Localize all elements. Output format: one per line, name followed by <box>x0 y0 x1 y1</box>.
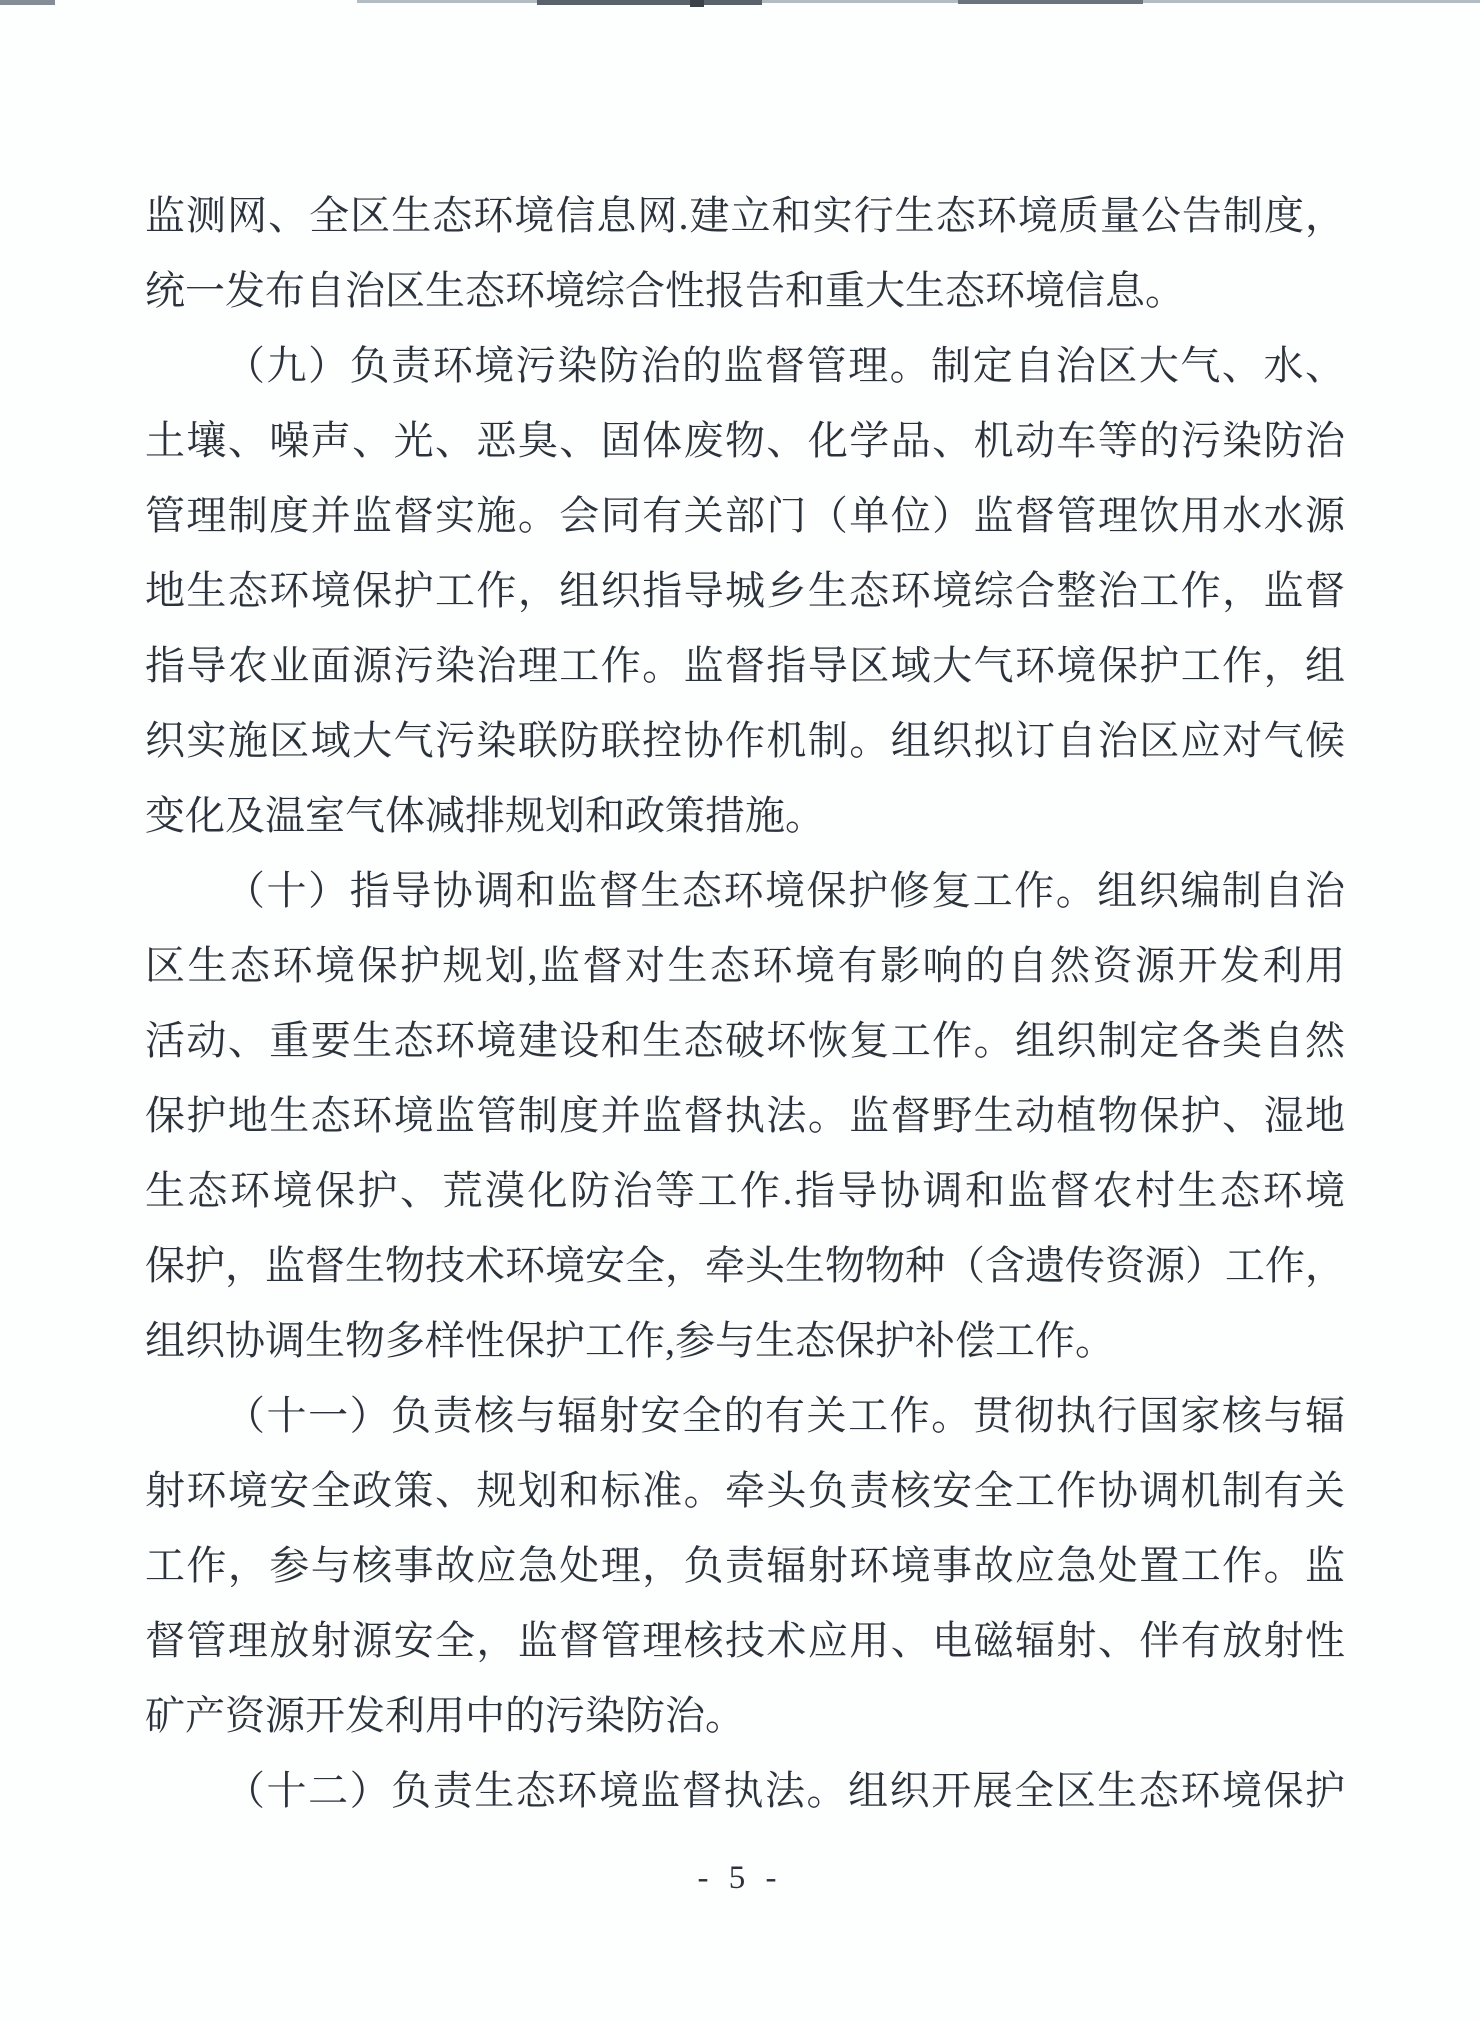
scan-artifact <box>537 0 762 5</box>
text-line: （九）负责环境污染防治的监督管理。制定自治区大气、水、 <box>145 328 1345 403</box>
text-line: 织实施区域大气污染联防联控协作机制。组织拟订自治区应对气候 <box>145 703 1345 778</box>
scan-artifact <box>690 0 704 7</box>
scan-artifact <box>0 0 55 5</box>
text-line: 管理制度并监督实施。会同有关部门（单位）监督管理饮用水水源 <box>145 478 1345 553</box>
text-line: 地生态环境保护工作，组织指导城乡生态环境综合整治工作，监督 <box>145 553 1345 628</box>
text-line: 区生态环境保护规划,监督对生态环境有影响的自然资源开发利用 <box>145 928 1345 1003</box>
text-line: 督管理放射源安全，监督管理核技术应用、电磁辐射、伴有放射性 <box>145 1603 1345 1678</box>
text-line: 统一发布自治区生态环境综合性报告和重大生态环境信息。 <box>145 253 1345 328</box>
page-number: - 5 - <box>0 1848 1480 1908</box>
text-line: 射环境安全政策、规划和标准。牵头负责核安全工作协调机制有关 <box>145 1453 1345 1528</box>
text-line: 矿产资源开发利用中的污染防治。 <box>145 1678 1345 1753</box>
text-line: 变化及温室气体减排规划和政策措施。 <box>145 778 1345 853</box>
text-line: 组织协调生物多样性保护工作,参与生态保护补偿工作。 <box>145 1303 1345 1378</box>
text-line: （十）指导协调和监督生态环境保护修复工作。组织编制自治 <box>145 853 1345 928</box>
text-line: 指导农业面源污染治理工作。监督指导区域大气环境保护工作，组 <box>145 628 1345 703</box>
text-line: 生态环境保护、荒漠化防治等工作.指导协调和监督农村生态环境 <box>145 1153 1345 1228</box>
text-line: 土壤、噪声、光、恶臭、固体废物、化学品、机动车等的污染防治 <box>145 403 1345 478</box>
text-line: 保护地生态环境监管制度并监督执法。监督野生动植物保护、湿地 <box>145 1078 1345 1153</box>
scan-artifact <box>958 0 1143 4</box>
document-page: 监测网、全区生态环境信息网.建立和实行生态环境质量公告制度，统一发布自治区生态环… <box>0 0 1480 2022</box>
scan-artifact <box>357 0 1480 3</box>
text-line: 保护，监督生物技术环境安全，牵头生物物种（含遗传资源）工作， <box>145 1228 1345 1303</box>
text-line: （十一）负责核与辐射安全的有关工作。贯彻执行国家核与辐 <box>145 1378 1345 1453</box>
text-line: 工作，参与核事故应急处理，负责辐射环境事故应急处置工作。监 <box>145 1528 1345 1603</box>
document-body: 监测网、全区生态环境信息网.建立和实行生态环境质量公告制度，统一发布自治区生态环… <box>145 178 1345 1828</box>
text-line: （十二）负责生态环境监督执法。组织开展全区生态环境保护 <box>145 1753 1345 1828</box>
text-line: 活动、重要生态环境建设和生态破坏恢复工作。组织制定各类自然 <box>145 1003 1345 1078</box>
text-line: 监测网、全区生态环境信息网.建立和实行生态环境质量公告制度， <box>145 178 1345 253</box>
